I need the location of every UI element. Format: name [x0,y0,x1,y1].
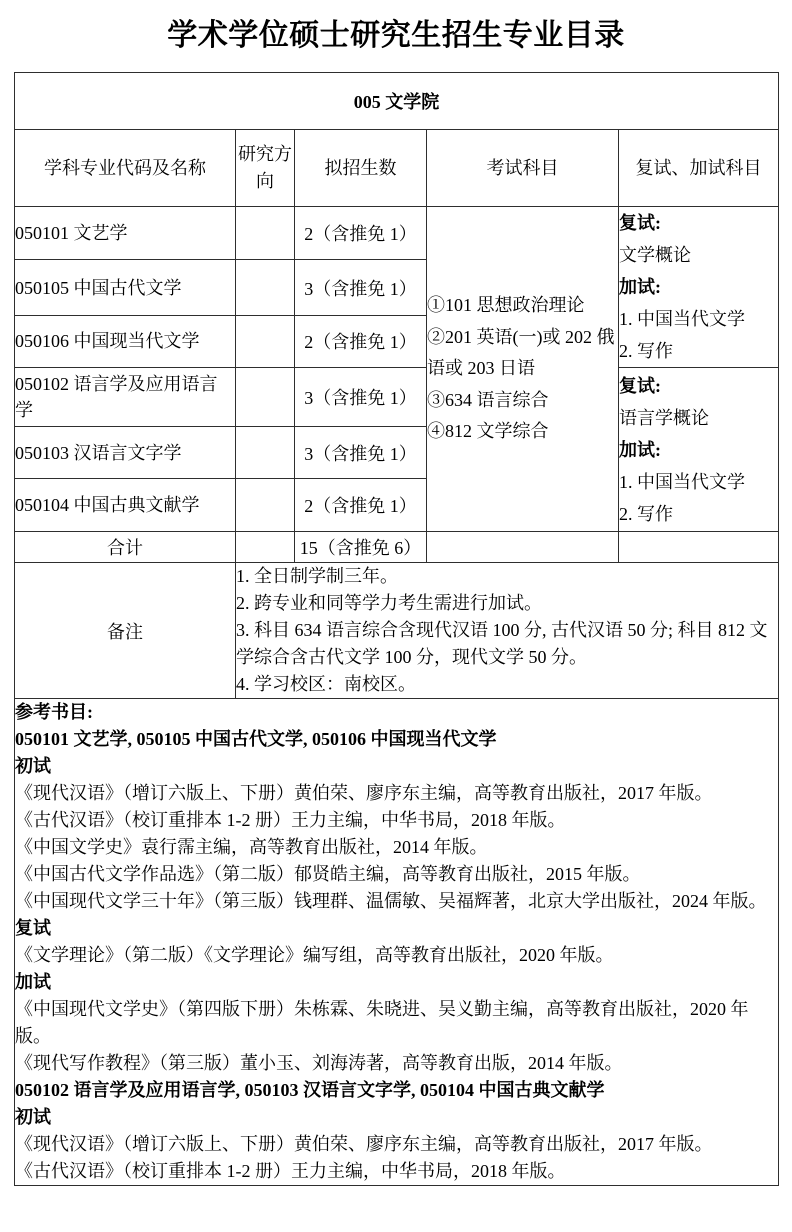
quota-value: 3（含推免 1） [295,368,427,427]
bib-book-entry: 《古代汉语》（校订重排本 1-2 册）王力主编，中华书局，2018 年版。 [15,807,778,834]
retest-label: 复试: [619,370,778,402]
remark-item: 4. 学习校区：南校区。 [236,671,778,698]
retest-cell-linguistics: 复试: 语言学概论 加试: 1. 中国当代文学 2. 写作 [619,368,779,532]
retest-subject: 文学概论 [619,239,778,271]
total-row: 合计 15（含推免 6） [15,532,779,563]
remark-item: 2. 跨专业和同等学力考生需进行加试。 [236,590,778,617]
bib-programs-heading: 050102 语言学及应用语言学, 050103 汉语言文字学, 050104 … [15,1077,778,1104]
program-name: 050105 中国古代文学 [15,260,236,315]
remarks-content: 1. 全日制学制三年。 2. 跨专业和同等学力考生需进行加试。 3. 科目 63… [236,563,779,699]
quota-value: 3（含推免 1） [295,260,427,315]
exam-subject-line: ①101 思想政治理论 [427,290,618,322]
col-header-exam: 考试科目 [427,130,619,207]
direction-cell [236,260,295,315]
exam-subject-line: ③634 语言综合 [427,385,618,417]
bib-stage-heading: 复试 [15,915,778,942]
additional-test-subject: 1. 中国当代文学 [619,466,778,498]
remarks-label: 备注 [15,563,236,699]
bib-book-entry: 《中国现代文学三十年》（第三版）钱理群、温儒敏、吴福辉著，北京大学出版社，202… [15,888,778,915]
col-header-direction: 研究方向 [236,130,295,207]
total-label: 合计 [15,532,236,563]
bib-book-entry: 《中国现代文学史》（第四版下册）朱栋霖、朱晓进、吴义勤主编，高等教育出版社，20… [15,996,778,1050]
total-quota: 15（含推免 6） [295,532,427,563]
program-name: 050103 汉语言文字学 [15,427,236,479]
program-name: 050102 语言学及应用语言学 [15,368,236,427]
program-name: 050101 文艺学 [15,207,236,260]
bibliography-row: 参考书目: 050101 文艺学, 050105 中国古代文学, 050106 … [15,699,779,1186]
exam-subject-line: ②201 英语(一)或 202 俄语或 203 日语 [427,322,618,385]
college-header: 005 文学院 [15,73,779,130]
bibliography-section: 参考书目: 050101 文艺学, 050105 中国古代文学, 050106 … [15,699,779,1186]
quota-value: 2（含推免 1） [295,479,427,532]
total-direction-cell [236,532,295,563]
exam-subjects-cell: ①101 思想政治理论 ②201 英语(一)或 202 俄语或 203 日语 ③… [427,207,619,532]
direction-cell [236,207,295,260]
remark-item: 3. 科目 634 语言综合含现代汉语 100 分, 古代汉语 50 分; 科目… [236,617,778,671]
retest-cell-literature: 复试: 文学概论 加试: 1. 中国当代文学 2. 写作 [619,207,779,368]
direction-cell [236,368,295,427]
bib-stage-heading: 加试 [15,969,778,996]
direction-cell [236,427,295,479]
retest-subject: 语言学概论 [619,402,778,434]
college-header-row: 005 文学院 [15,73,779,130]
remarks-row: 备注 1. 全日制学制三年。 2. 跨专业和同等学力考生需进行加试。 3. 科目… [15,563,779,699]
quota-value: 2（含推免 1） [295,315,427,367]
bib-book-entry: 《中国文学史》袁行霈主编，高等教育出版社，2014 年版。 [15,834,778,861]
total-retest-cell [619,532,779,563]
program-name: 050104 中国古典文献学 [15,479,236,532]
table-row: 050102 语言学及应用语言学 3（含推免 1） 复试: 语言学概论 加试: … [15,368,779,427]
col-header-program: 学科专业代码及名称 [15,130,236,207]
bib-book-entry: 《中国古代文学作品选》（第二版）郁贤皓主编，高等教育出版社，2015 年版。 [15,861,778,888]
table-row: 050101 文艺学 2（含推免 1） ①101 思想政治理论 ②201 英语(… [15,207,779,260]
bib-book-entry: 《现代汉语》（增订六版上、下册）黄伯荣、廖序东主编，高等教育出版社，2017 年… [15,780,778,807]
bib-book-entry: 《现代汉语》（增订六版上、下册）黄伯荣、廖序东主编，高等教育出版社，2017 年… [15,1131,778,1158]
additional-test-label: 加试: [619,434,778,466]
quota-value: 3（含推免 1） [295,427,427,479]
direction-cell [236,479,295,532]
quota-value: 2（含推免 1） [295,207,427,260]
bib-stage-heading: 初试 [15,753,778,780]
bib-book-entry: 《古代汉语》（校订重排本 1-2 册）王力主编，中华书局，2018 年版。 [15,1158,778,1185]
bib-book-entry: 《现代写作教程》（第三版）董小玉、刘海涛著，高等教育出版，2014 年版。 [15,1050,778,1077]
additional-test-subject: 2. 写作 [619,335,778,367]
col-header-quota: 拟招生数 [295,130,427,207]
exam-subject-line: ④812 文学综合 [427,416,618,448]
bibliography-title: 参考书目: [15,699,778,726]
additional-test-subject: 1. 中国当代文学 [619,303,778,335]
additional-test-label: 加试: [619,271,778,303]
direction-cell [236,315,295,367]
page-title: 学术学位硕士研究生招生专业目录 [0,10,792,54]
bib-programs-heading: 050101 文艺学, 050105 中国古代文学, 050106 中国现当代文… [15,726,778,753]
column-header-row: 学科专业代码及名称 研究方向 拟招生数 考试科目 复试、加试科目 [15,130,779,207]
admissions-catalog-table: 005 文学院 学科专业代码及名称 研究方向 拟招生数 考试科目 复试、加试科目… [14,72,779,1186]
bib-book-entry: 《文学理论》（第二版）《文学理论》编写组，高等教育出版社，2020 年版。 [15,942,778,969]
col-header-retest: 复试、加试科目 [619,130,779,207]
total-exam-cell [427,532,619,563]
program-name: 050106 中国现当代文学 [15,315,236,367]
bib-stage-heading: 初试 [15,1104,778,1131]
remark-item: 1. 全日制学制三年。 [236,563,778,590]
additional-test-subject: 2. 写作 [619,498,778,530]
retest-label: 复试: [619,207,778,239]
